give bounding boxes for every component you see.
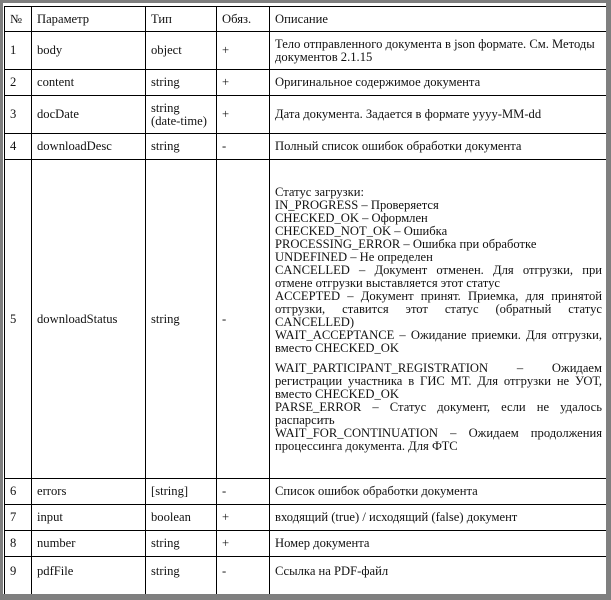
row-num: 7 xyxy=(5,505,32,531)
row-required: - xyxy=(217,479,270,505)
table-row: 3 docDate string (date-time) + Дата доку… xyxy=(5,96,607,134)
row-required: + xyxy=(217,70,270,96)
document-page: № Параметр Тип Обяз. Описание 1 body obj… xyxy=(3,3,606,594)
row-type: string xyxy=(146,70,217,96)
status-item: UNDEFINED – Не определен xyxy=(275,251,602,264)
status-item: IN_PROGRESS – Проверяется xyxy=(275,199,602,212)
table-row: 5 downloadStatus string - Статус загрузк… xyxy=(5,160,607,479)
row-required: + xyxy=(217,531,270,557)
row-num: 2 xyxy=(5,70,32,96)
row-num: 5 xyxy=(5,160,32,479)
row-type: [string] xyxy=(146,479,217,505)
status-item: WAIT_FOR_CONTINUATION – Ожидаем продолже… xyxy=(275,427,602,453)
table-row: 8 number string + Номер документа xyxy=(5,531,607,557)
status-item: PARSE_ERROR – Статус документ, если не у… xyxy=(275,401,602,427)
row-description: Список ошибок обработки документа xyxy=(270,479,607,505)
row-param: pdfFile xyxy=(32,557,146,595)
row-type: string xyxy=(146,134,217,160)
row-description: Номер документа xyxy=(270,531,607,557)
header-type: Тип xyxy=(146,7,217,32)
header-description: Описание xyxy=(270,7,607,32)
header-required: Обяз. xyxy=(217,7,270,32)
status-item: CANCELLED – Документ отменен. Для отгруз… xyxy=(275,264,602,290)
row-num: 6 xyxy=(5,479,32,505)
row-num: 9 xyxy=(5,557,32,595)
row-param: docDate xyxy=(32,96,146,134)
row-type: boolean xyxy=(146,505,217,531)
row-param: content xyxy=(32,70,146,96)
status-item: PROCESSING_ERROR – Ошибка при обработке xyxy=(275,238,602,251)
row-param: body xyxy=(32,32,146,70)
row-description: Оригинальное содержимое документа xyxy=(270,70,607,96)
row-required: + xyxy=(217,505,270,531)
row-param: downloadDesc xyxy=(32,134,146,160)
row-num: 4 xyxy=(5,134,32,160)
row-required: - xyxy=(217,160,270,479)
status-item: CHECKED_OK – Оформлен xyxy=(275,212,602,225)
status-item: ACCEPTED – Документ принят. Приемка, для… xyxy=(275,290,602,329)
table-row: 9 pdfFile string - Ссылка на PDF-файл xyxy=(5,557,607,595)
row-param: number xyxy=(32,531,146,557)
row-param: input xyxy=(32,505,146,531)
row-type: string (date-time) xyxy=(146,96,217,134)
status-item: CHECKED_NOT_OK – Ошибка xyxy=(275,225,602,238)
row-description: Ссылка на PDF-файл xyxy=(270,557,607,595)
row-type: string xyxy=(146,531,217,557)
parameters-table: № Параметр Тип Обяз. Описание 1 body obj… xyxy=(4,6,606,594)
status-item: WAIT_PARTICIPANT_REGISTRATION – Ожидаем … xyxy=(275,362,602,401)
row-description: Дата документа. Задается в формате yyyy-… xyxy=(270,96,607,134)
row-num: 1 xyxy=(5,32,32,70)
row-description: Тело отправленного документа в json форм… xyxy=(270,32,607,70)
table-row: 2 content string + Оригинальное содержим… xyxy=(5,70,607,96)
status-item: WAIT_ACCEPTANCE – Ожидание приемки. Для … xyxy=(275,329,602,355)
row-type: object xyxy=(146,32,217,70)
row-required: + xyxy=(217,32,270,70)
table-row: 1 body object + Тело отправленного докум… xyxy=(5,32,607,70)
header-num: № xyxy=(5,7,32,32)
row-description: Статус загрузки: IN_PROGRESS – Проверяет… xyxy=(270,160,607,479)
row-param: downloadStatus xyxy=(32,160,146,479)
row-type: string xyxy=(146,557,217,595)
table-row: 7 input boolean + входящий (true) / исхо… xyxy=(5,505,607,531)
row-required: + xyxy=(217,96,270,134)
row-num: 8 xyxy=(5,531,32,557)
row-required: - xyxy=(217,557,270,595)
table-row: 6 errors [string] - Список ошибок обрабо… xyxy=(5,479,607,505)
row-description: Полный список ошибок обработки документа xyxy=(270,134,607,160)
row-num: 3 xyxy=(5,96,32,134)
table-header-row: № Параметр Тип Обяз. Описание xyxy=(5,7,607,32)
status-list-title: Статус загрузки: xyxy=(275,186,602,199)
header-param: Параметр xyxy=(32,7,146,32)
row-param: errors xyxy=(32,479,146,505)
table-row: 4 downloadDesc string - Полный список ош… xyxy=(5,134,607,160)
row-description: входящий (true) / исходящий (false) доку… xyxy=(270,505,607,531)
row-type: string xyxy=(146,160,217,479)
row-required: - xyxy=(217,134,270,160)
